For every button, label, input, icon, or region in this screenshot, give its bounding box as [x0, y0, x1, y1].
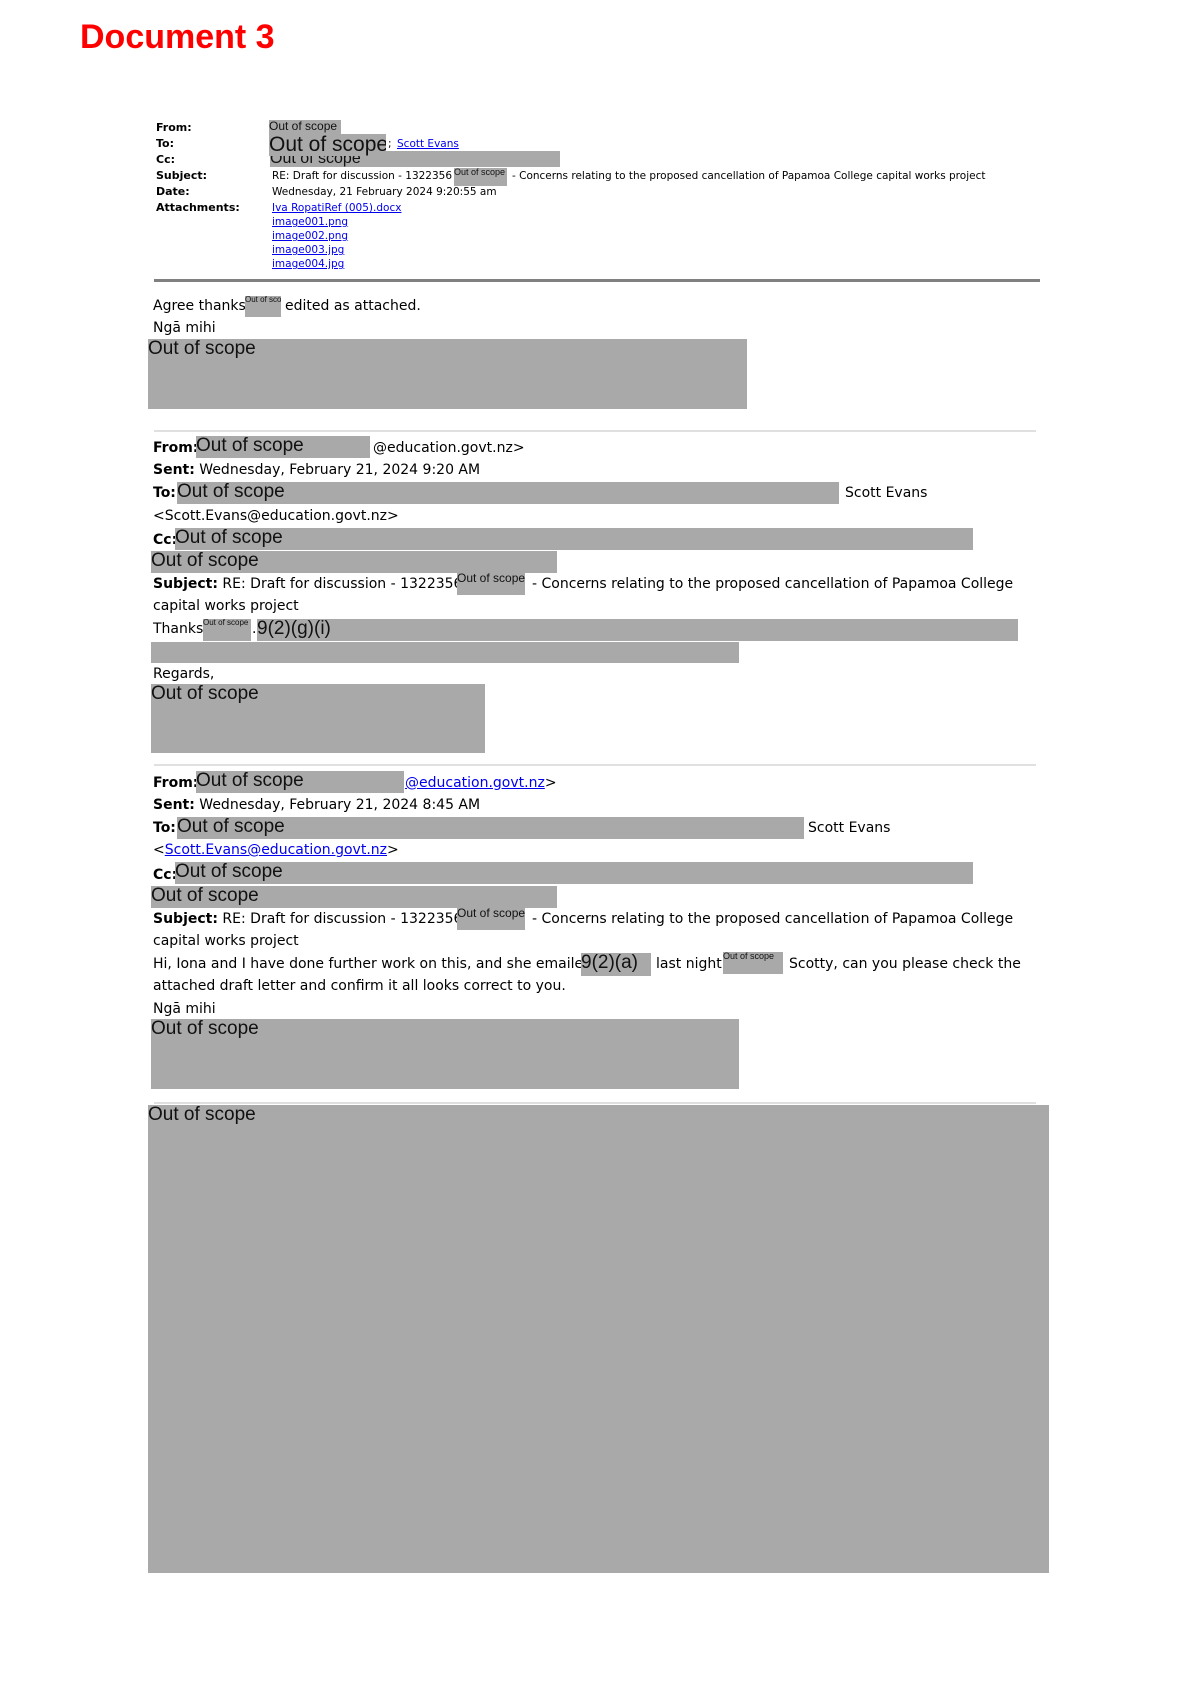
attachment-link[interactable]: Iva RopatiRef (005).docx [272, 202, 401, 214]
redaction-email2-signature: Out of scope [151, 1019, 739, 1089]
redaction-email2-from: Out of scope [196, 771, 404, 793]
redaction-email1-cc: Out of scope [175, 528, 973, 550]
redaction-email2-body: Out of scope [723, 952, 783, 974]
email2-from-domain: @education.govt.nz> [405, 776, 557, 790]
attachment-link[interactable]: image004.jpg [272, 258, 344, 270]
email1-body-dot: . [252, 622, 256, 636]
redaction-to: Out of scope [269, 134, 386, 156]
redaction-from: Out of scope [269, 120, 341, 134]
email2-signoff: Ngā mihi [153, 1002, 216, 1016]
redaction-email1-cc-line2: Out of scope [151, 551, 557, 573]
email2-subject-suffix: - Concerns relating to the proposed canc… [532, 912, 1013, 926]
email1-cc-label: Cc: [153, 533, 177, 547]
redaction-large-block: Out of scope [148, 1105, 1049, 1573]
redaction-email1-from: Out of scope [196, 436, 370, 458]
reply-signoff: Ngā mihi [153, 321, 216, 335]
attachment-link[interactable]: image003.jpg [272, 244, 344, 256]
email2-to-email: <Scott.Evans@education.govt.nz> [153, 843, 399, 857]
redaction-reply-name: Out of sco [245, 296, 281, 317]
email2-sent: Sent: Wednesday, February 21, 2024 8:45 … [153, 798, 480, 812]
email1-from-domain: @education.govt.nz> [373, 441, 525, 455]
attachment-link[interactable]: image002.png [272, 230, 348, 242]
email1-to-label: To: [153, 486, 176, 500]
reply-text-after: edited as attached. [285, 299, 421, 313]
email2-subject: Subject: RE: Draft for discussion - 1322… [153, 912, 472, 926]
redaction-subject: Out of scope [454, 168, 507, 186]
redaction-email1-subject: Out of scope [457, 572, 525, 595]
redaction-email2-to: Out of scope [177, 817, 804, 839]
redaction-email1-withheld: 9(2)(g)(i) [257, 619, 1018, 641]
header-subject-suffix: - Concerns relating to the proposed canc… [512, 170, 985, 182]
email1-sent: Sent: Wednesday, February 21, 2024 9:20 … [153, 463, 480, 477]
header-date-label: Date: [156, 185, 190, 198]
email1-from-label: From: [153, 441, 198, 455]
redaction-email1-signature: Out of scope [151, 684, 485, 753]
email-divider [154, 430, 1036, 432]
email2-to-email-link[interactable]: Scott.Evans@education.govt.nz [165, 842, 387, 858]
document-title: Document 3 [80, 18, 275, 57]
header-subject-prefix: RE: Draft for discussion - 1322356 - [272, 170, 459, 182]
email1-regards: Regards, [153, 667, 214, 681]
email2-body-before: Hi, Iona and I have done further work on… [153, 957, 592, 971]
redaction-email2-cc-line2: Out of scope [151, 886, 557, 908]
attachment-link[interactable]: image001.png [272, 216, 348, 228]
header-from-label: From: [156, 121, 192, 134]
email1-to-email: <Scott.Evans@education.govt.nz> [153, 509, 399, 523]
redaction-email1-to: Out of scope [177, 482, 839, 504]
email2-body-after: Scotty, can you please check the [789, 957, 1021, 971]
email1-body-thanks: Thanks [153, 622, 203, 636]
email2-subject-line2: capital works project [153, 934, 299, 948]
email2-to-label: To: [153, 821, 176, 835]
header-date-value: Wednesday, 21 February 2024 9:20:55 am [272, 186, 497, 198]
email1-subject-suffix: - Concerns relating to the proposed canc… [532, 577, 1013, 591]
email-divider [154, 764, 1036, 766]
redaction-email2-cc: Out of scope [175, 862, 973, 884]
header-to-label: To: [156, 137, 174, 150]
redaction-reply-signature: Out of scope [148, 339, 747, 409]
email2-from-label: From: [153, 776, 198, 790]
email2-body-line2: attached draft letter and confirm it all… [153, 979, 566, 993]
email1-subject: Subject: RE: Draft for discussion - 1322… [153, 577, 472, 591]
redaction-email2-withheld: 9(2)(a) [581, 953, 651, 976]
header-cc-label: Cc: [156, 153, 175, 166]
header-to-separator: ; [388, 138, 392, 150]
redaction-email2-subject: Out of scope [457, 907, 525, 930]
header-attachments-label: Attachments: [156, 201, 240, 214]
email2-from-domain-link[interactable]: @education.govt.nz [405, 775, 545, 791]
header-divider [154, 279, 1040, 282]
header-subject-label: Subject: [156, 169, 207, 182]
email2-to-named: Scott Evans [808, 821, 890, 835]
header-to-scott-evans-link[interactable]: Scott Evans [397, 138, 459, 150]
reply-text-before: Agree thanks [153, 299, 246, 313]
email1-subject-line2: capital works project [153, 599, 299, 613]
email2-cc-label: Cc: [153, 868, 177, 882]
redaction-email1-withheld-line2 [151, 642, 739, 663]
email2-body-mid: last night. [656, 957, 726, 971]
email-divider [154, 1102, 1036, 1104]
email1-to-named: Scott Evans [845, 486, 927, 500]
redaction-email1-body-name: Out of scope [203, 619, 251, 641]
